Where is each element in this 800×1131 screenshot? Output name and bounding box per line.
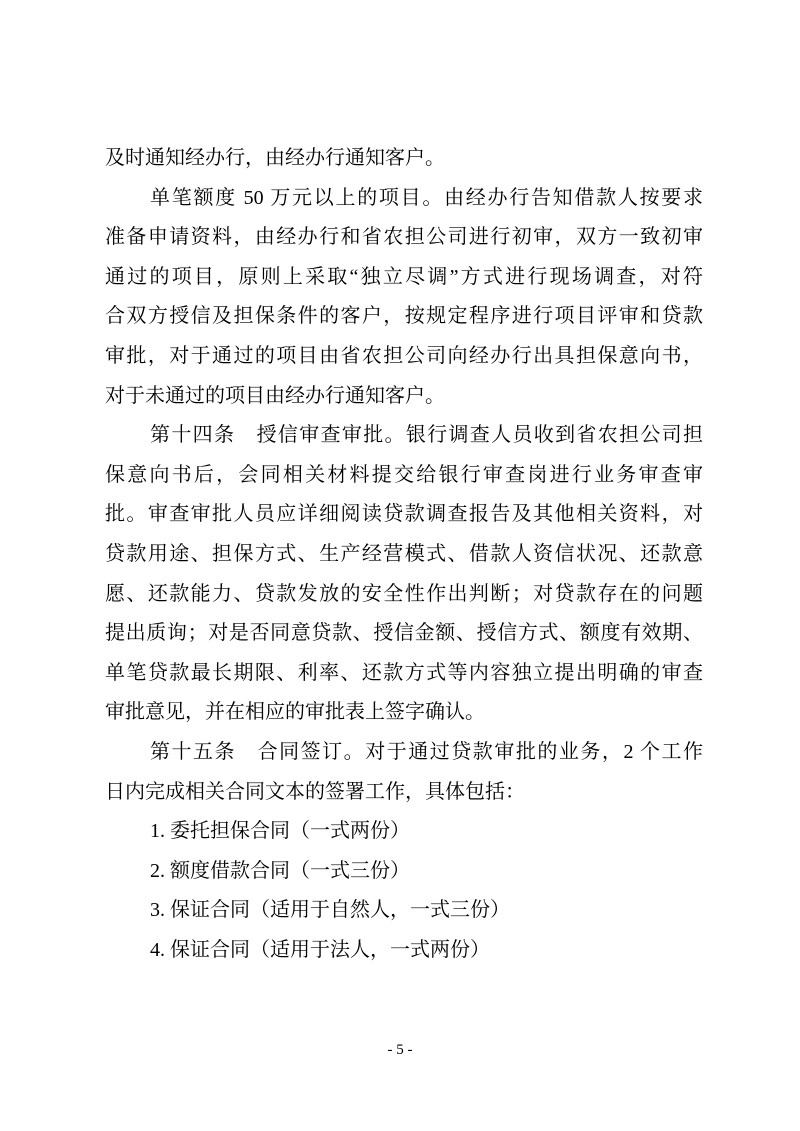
text-line: 审批，对于通过的项目由省农担公司向经办行出具担保意向书， bbox=[105, 337, 703, 377]
text-line: 单笔贷款最长期限、利率、还款方式等内容独立提出明确的审查 bbox=[105, 654, 703, 694]
document-page: 及时通知经办行，由经办行通知客户。 单笔额度 50 万元以上的项目。由经办行告知… bbox=[0, 0, 800, 1131]
text-line: 提出质询；对是否同意贷款、授信金额、授信方式、额度有效期、 bbox=[105, 614, 703, 654]
text-line: 批。审查审批人员应详细阅读贷款调查报告及其他相关资料，对 bbox=[105, 495, 703, 535]
text-line: 及时通知经办行，由经办行通知客户。 bbox=[105, 139, 703, 179]
list-item: 4. 保证合同（适用于法人，一式两份） bbox=[105, 931, 703, 971]
text-line: 审批意见，并在相应的审批表上签字确认。 bbox=[105, 693, 703, 733]
text-line: 贷款用途、担保方式、生产经营模式、借款人资信状况、还款意 bbox=[105, 535, 703, 575]
text-line: 对于未通过的项目由经办行通知客户。 bbox=[105, 377, 703, 417]
text-line: 愿、还款能力、贷款发放的安全性作出判断；对贷款存在的问题 bbox=[105, 575, 703, 615]
text-line: 通过的项目，原则上采取“独立尽调”方式进行现场调查，对符 bbox=[105, 258, 703, 298]
text-line: 第十四条 授信审查审批。银行调查人员收到省农担公司担 bbox=[105, 416, 703, 456]
body-text: 及时通知经办行，由经办行通知客户。 单笔额度 50 万元以上的项目。由经办行告知… bbox=[105, 139, 703, 970]
text-line: 日内完成相关合同文本的签署工作，具体包括： bbox=[105, 773, 703, 813]
page-number: - 5 - bbox=[0, 1041, 800, 1060]
text-line: 保意向书后，会同相关材料提交给银行审查岗进行业务审查审 bbox=[105, 456, 703, 496]
text-line: 第十五条 合同签订。对于通过贷款审批的业务，2 个工作 bbox=[105, 733, 703, 773]
list-item: 3. 保证合同（适用于自然人，一式三份） bbox=[105, 891, 703, 931]
text-line: 单笔额度 50 万元以上的项目。由经办行告知借款人按要求 bbox=[105, 179, 703, 219]
text-line: 合双方授信及担保条件的客户，按规定程序进行项目评审和贷款 bbox=[105, 297, 703, 337]
text-line: 准备申请资料，由经办行和省农担公司进行初审，双方一致初审 bbox=[105, 218, 703, 258]
list-item: 1. 委托担保合同（一式两份） bbox=[105, 812, 703, 852]
list-item: 2. 额度借款合同（一式三份） bbox=[105, 852, 703, 892]
